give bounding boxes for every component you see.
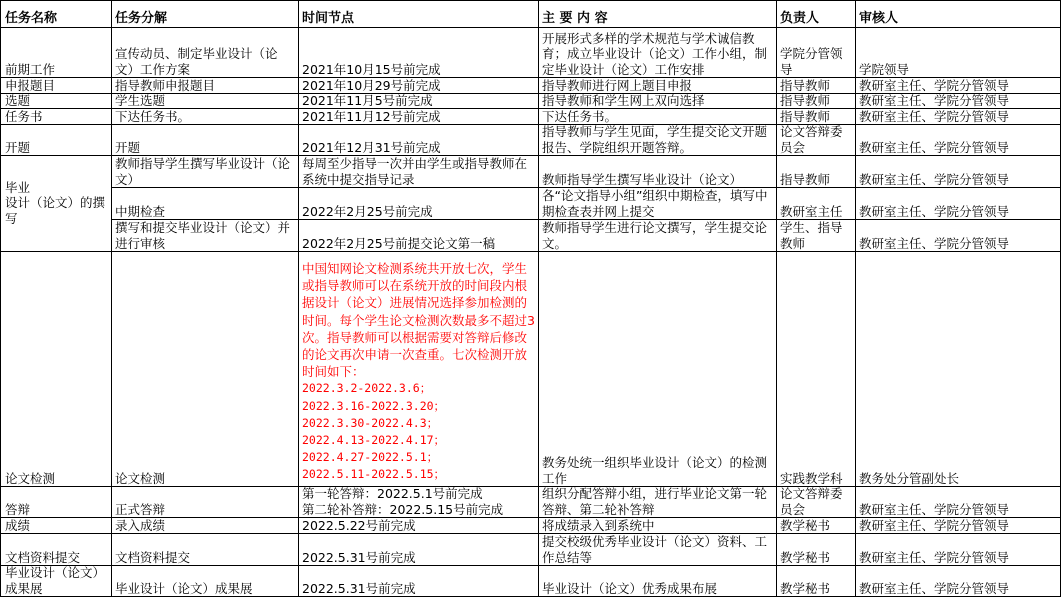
cell-breakdown: 宣传动员、制定毕业设计（论文）工作方案 [111,27,299,78]
detection-window: 2022.5.11-2022.5.15； [302,466,535,483]
cell-breakdown: 开题 [111,124,299,156]
cell-reviewer: 教研室主任、学院分管领导 [855,124,1061,156]
cell-reviewer: 教研室主任、学院分管领导 [855,486,1061,518]
cell-owner: 论文答辩委员会 [776,486,856,518]
cell-breakdown: 教师指导学生撰写毕业设计（论文） [111,155,299,188]
header-owner: 负责人 [776,0,856,28]
cell-deadline: 每周至少指导一次并由学生或指导教师在系统中提交指导记录 [298,155,539,188]
cell-reviewer: 学院领导 [855,27,1061,78]
cell-reviewer: 教研室主任、学院分管领导 [855,219,1061,252]
cell-content: 将成绩录入到系统中 [538,517,777,534]
cell-deadline: 2022年2月25号前完成 [298,187,539,220]
cell-deadline: 第一轮答辩：2022.5.1号前完成 第二轮补答辩：2022.5.15号前完成 [298,486,539,518]
cell-reviewer: 教务处分管副处长 [855,251,1061,487]
cell-breakdown: 录入成绩 [111,517,299,534]
cell-content: 开展形式多样的学术规范与学术诚信教育；成立毕业设计（论文）工作小组，制定毕业设计… [538,27,777,78]
cell-breakdown: 论文检测 [111,251,299,487]
cell-breakdown: 中期检查 [111,187,299,220]
cell-reviewer: 教研室主任、学院分管领导 [855,155,1061,188]
cell-owner: 指导教师 [776,93,856,109]
cell-deadline: 2021年12月31号前完成 [298,124,539,156]
header-reviewer: 审核人 [855,0,1061,28]
header-deadline: 时间节点 [298,0,539,28]
cell-task: 文档资料提交 [0,533,112,566]
cell-breakdown: 下达任务书。 [111,108,299,125]
cell-owner: 教学秘书 [776,517,856,534]
detection-note: 中国知网论文检测系统共开放七次，学生或指导教师可以在系统开放的时间段内根据设计（… [302,260,535,380]
detection-window: 2022.3.2-2022.3.6； [302,380,535,397]
cell-deadline: 2021年10月15号前完成 [298,27,539,78]
cell-content: 指导教师进行网上题目申报 [538,77,777,94]
cell-breakdown: 指导教师申报题目 [111,77,299,94]
cell-deadline: 2021年11月5号前完成 [298,93,539,109]
header-content: 主 要 内 容 [538,0,777,28]
cell-task: 开题 [0,124,112,156]
cell-owner: 学生、指导教师 [776,219,856,252]
cell-content: 提交校级优秀毕业设计（论文）资料、工作总结等 [538,533,777,566]
cell-deadline: 2022.5.22号前完成 [298,517,539,534]
cell-reviewer: 教研室主任、学院分管领导 [855,108,1061,125]
cell-task: 前期工作 [0,27,112,78]
cell-content: 毕业设计（论文）优秀成果布展 [538,565,777,597]
cell-reviewer: 教研室主任、学院分管领导 [855,187,1061,220]
cell-task: 成绩 [0,517,112,534]
cell-task: 论文检测 [0,251,112,487]
cell-owner: 教研室主任 [776,187,856,220]
header-breakdown: 任务分解 [111,0,299,28]
cell-content: 指导教师和学生网上双向选择 [538,93,777,109]
cell-reviewer: 教研室主任、学院分管领导 [855,517,1061,534]
cell-deadline: 2021年11月12号前完成 [298,108,539,125]
detection-window: 2022.4.27-2022.5.1； [302,449,535,466]
cell-task: 答辩 [0,486,112,518]
cell-owner: 实践教学科 [776,251,856,487]
cell-breakdown: 撰写和提交毕业设计（论文）并进行审核 [111,219,299,252]
cell-deadline: 2022.5.31号前完成 [298,565,539,597]
cell-owner: 指导教师 [776,155,856,188]
cell-owner: 学院分管领导 [776,27,856,78]
detection-window: 2022.3.16-2022.3.20； [302,398,535,415]
detection-window: 2022.4.13-2022.4.17； [302,432,535,449]
cell-breakdown: 正式答辩 [111,486,299,518]
cell-owner: 论文答辩委员会 [776,124,856,156]
cell-owner: 教学秘书 [776,533,856,566]
detection-window: 2022.3.30-2022.4.3； [302,415,535,432]
cell-task: 申报题目 [0,77,112,94]
cell-content: 教师指导学生撰写毕业设计（论文） [538,155,777,188]
cell-reviewer: 教研室主任、学院分管领导 [855,77,1061,94]
cell-breakdown: 文档资料提交 [111,533,299,566]
cell-deadline: 2022.5.31号前完成 [298,533,539,566]
cell-content: 组织分配答辩小组，进行毕业论文第一轮答辩、第二轮补答辩 [538,486,777,518]
cell-reviewer: 教研室主任、学院分管领导 [855,533,1061,566]
cell-deadline: 2022年2月25号前提交论文第一稿 [298,219,539,252]
cell-deadline-detection: 中国知网论文检测系统共开放七次，学生或指导教师可以在系统开放的时间段内根据设计（… [298,251,539,487]
cell-reviewer: 教研室主任、学院分管领导 [855,93,1061,109]
cell-breakdown: 毕业设计（论文）成果展 [111,565,299,597]
cell-breakdown: 学生选题 [111,93,299,109]
cell-task: 选题 [0,93,112,109]
cell-content: 指导教师与学生见面，学生提交论文开题报告、学院组织开题答辩。 [538,124,777,156]
cell-owner: 教学秘书 [776,565,856,597]
cell-deadline: 2021年10月29号前完成 [298,77,539,94]
cell-task: 任务书 [0,108,112,125]
cell-reviewer: 教研室主任、学院分管领导 [855,565,1061,597]
cell-content: 下达任务书。 [538,108,777,125]
cell-task: 毕业设计（论文）成果展 [0,565,112,597]
cell-content: 教师指导学生进行论文撰写，学生提交论文。 [538,219,777,252]
cell-owner: 指导教师 [776,77,856,94]
cell-task-merged: 毕业 设计（论文）的撰写 [0,155,112,252]
cell-content: 教务处统一组织毕业设计（论文）的检测工作 [538,251,777,487]
cell-owner: 指导教师 [776,108,856,125]
cell-content: 各“论文指导小组”组织中期检查，填写中期检查表并网上提交 [538,187,777,220]
header-task: 任务名称 [0,0,112,28]
